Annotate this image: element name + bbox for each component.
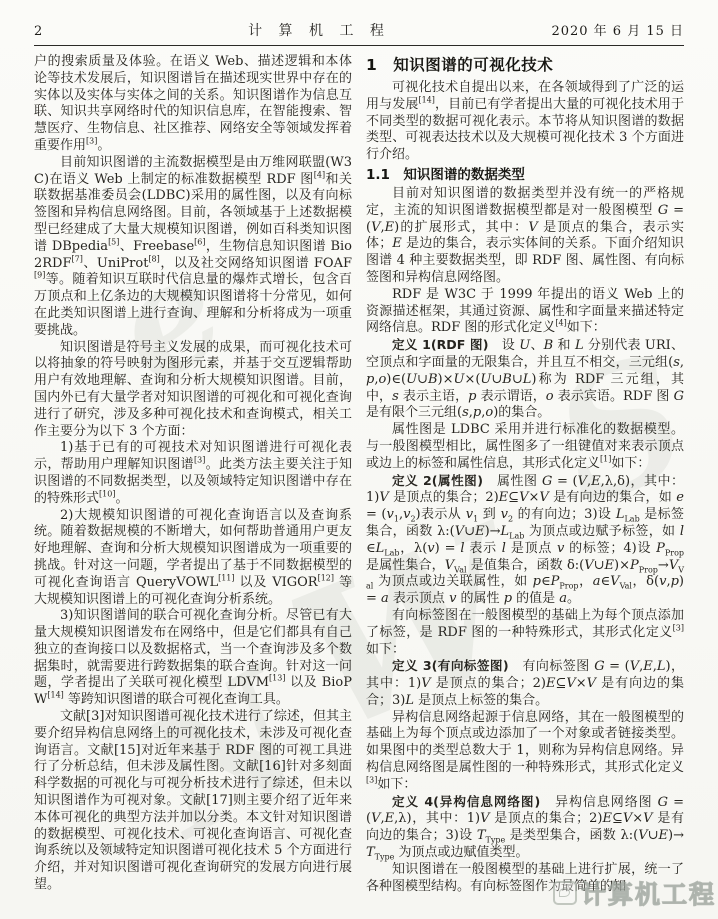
paragraph: 目前对知识图谱的数据类型并没有统一的严格规定，主流的知识图谱数据模型都是对一般图… xyxy=(366,186,684,287)
journal-logo-icon xyxy=(553,881,577,905)
paragraph: 1)基于已有的可视技术对知识图谱进行可视化表示，帮助用户理解知识图谱[3]。此类… xyxy=(34,440,352,507)
paragraph: 户的搜索质量及体验。在语义 Web、描述逻辑和本体论等技术发展后，知识图谱旨在描… xyxy=(34,54,352,155)
page-header: 2 计 算 机 工 程 2020 年 6 月 15 日 xyxy=(0,0,718,40)
paragraph: 目前知识图谱的主流数据模型是由万维网联盟(W3C)在语义 Web 上制定的标准数… xyxy=(34,155,352,340)
right-column: 1 知识图谱的可视化技术可视化技术自提出以来，在各领域得到了广泛的运用与发展[1… xyxy=(366,54,684,895)
section-heading: 1.1 知识图谱的数据类型 xyxy=(366,166,684,184)
paragraph: 属性图是 LDBC 采用并进行标准化的数据模型。与一般图模型相比，属性图多了一组… xyxy=(366,422,684,472)
paragraph: 定义 3(有向标签图) 有向标签图 G = (V,E,L)，其中：1)V 是顶点… xyxy=(366,658,684,709)
journal-watermark-text: 计算机工程 xyxy=(581,875,716,911)
paragraph: 有向标签图在一般图模型的基础上为每个顶点添加了标签，是 RDF 图的一种特殊形式… xyxy=(366,608,684,658)
paragraph: RDF 是 W3C 于 1999 年提出的语义 Web 上的资源描述框架，其通过… xyxy=(366,287,684,337)
left-column: 户的搜索质量及体验。在语义 Web、描述逻辑和本体论等技术发展后，知识图谱旨在描… xyxy=(34,54,352,895)
paragraph: 知识图谱是符号主义发展的成果，而可视化技术可以将抽象的符号映射为图形元素，并基于… xyxy=(34,340,352,441)
issue-date: 2020 年 6 月 15 日 xyxy=(534,20,684,39)
paragraph: 文献[3]对知识图谱可视化技术进行了综述，但其主要介绍异构信息网络上的可视化技术… xyxy=(34,709,352,894)
page-number: 2 xyxy=(34,24,104,39)
journal-title: 计 算 机 工 程 xyxy=(104,20,534,40)
paragraph: 可视化技术自提出以来，在各领域得到了广泛的运用与发展[14]，目前已有学者提出大… xyxy=(366,80,684,164)
paragraph: 2)大规模知识图谱的可视化查询语言以及查询系统。随着数据规模的不断增大，如何帮助… xyxy=(34,508,352,609)
paragraph: 定义 4(异构信息网络图) 异构信息网络图 G = (V,E,λ)，其中：1)V… xyxy=(366,794,684,862)
paragraph: 定义 2(属性图) 属性图 G = (V,E,λ,δ)，其中：1)V 是顶点的集… xyxy=(366,473,684,608)
paragraph: 异构信息网络起源于信息网络，其在一般图模型的基础上为每个顶点或边添加了一个对象或… xyxy=(366,710,684,794)
content-columns: 户的搜索质量及体验。在语义 Web、描述逻辑和本体论等技术发展后，知识图谱旨在描… xyxy=(0,46,718,895)
section-heading: 1 知识图谱的可视化技术 xyxy=(366,55,684,75)
paragraph: 3)知识图谱间的联合可视化查询分析。尽管已有大量大规模知识图谱发布在网络中，但是… xyxy=(34,608,352,709)
journal-watermark: 计算机工程 xyxy=(553,875,716,911)
paragraph: 定义 1(RDF 图) 设 U、B 和 L 分别代表 URI、空顶点和字面量的无… xyxy=(366,337,684,422)
journal-page: 2 计 算 机 工 程 2020 年 6 月 15 日 户的搜索质量及体验。在语… xyxy=(0,0,718,919)
